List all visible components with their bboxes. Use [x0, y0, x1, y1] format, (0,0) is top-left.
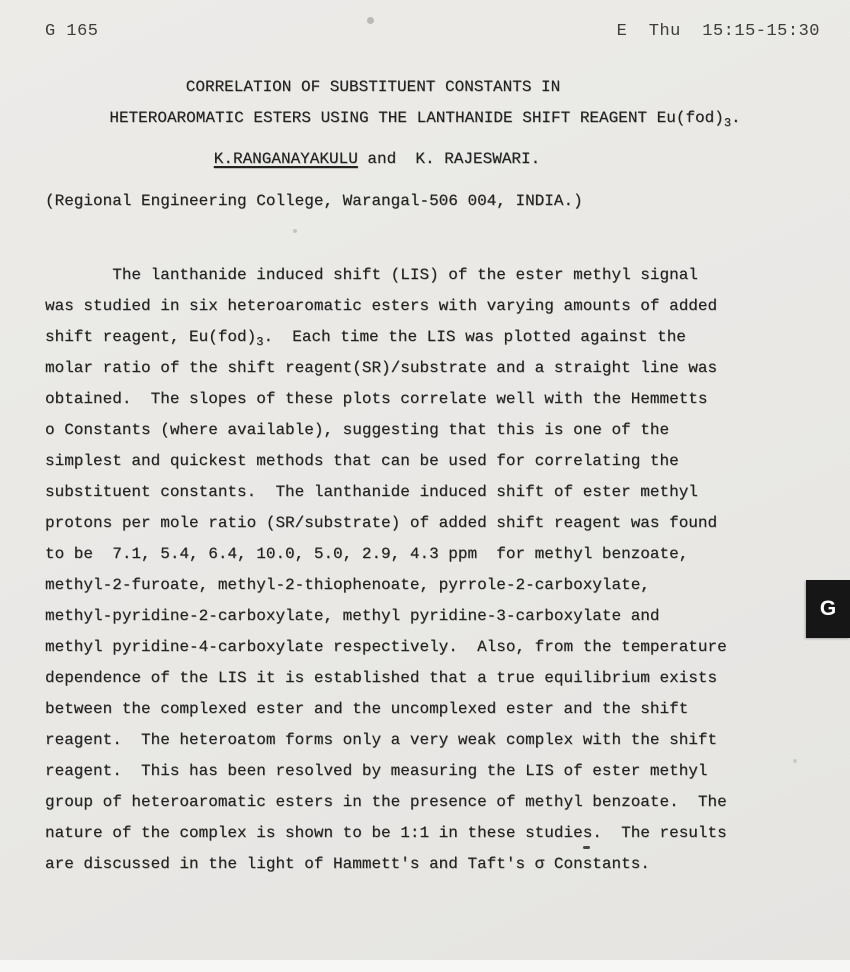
- text-segment: K.RANGANAYAKULU: [214, 150, 358, 168]
- text-segment: substituent constants. The lanthanide in…: [45, 483, 698, 501]
- text-segment: methyl pyridine-4-carboxylate respective…: [45, 638, 727, 656]
- text-segment: are discussed in the light of Hammett's …: [45, 855, 650, 873]
- abstract-line: reagent. This has been resolved by measu…: [45, 756, 822, 787]
- text-segment: simplest and quickest methods that can b…: [45, 452, 679, 470]
- text-segment: protons per mole ratio (SR/substrate) of…: [45, 514, 717, 532]
- abstract-line: obtained. The slopes of these plots corr…: [45, 384, 822, 415]
- scan-artifact: [293, 229, 297, 233]
- abstract-body: The lanthanide induced shift (LIS) of th…: [45, 260, 822, 880]
- abstract-line: protons per mole ratio (SR/substrate) of…: [45, 508, 822, 539]
- text-segment: dependence of the LIS it is established …: [45, 669, 717, 687]
- abstract-line: simplest and quickest methods that can b…: [45, 446, 822, 477]
- paper-title-line1: CORRELATION OF SUBSTITUENT CONSTANTS IN: [0, 72, 798, 103]
- text-segment: was studied in six heteroaromatic esters…: [45, 297, 717, 315]
- text-segment: obtained. The slopes of these plots corr…: [45, 390, 708, 408]
- text-segment: between the complexed ester and the unco…: [45, 700, 688, 718]
- scan-edge: [0, 960, 850, 972]
- abstract-line: dependence of the LIS it is established …: [45, 663, 822, 694]
- scan-artifact: [583, 846, 590, 849]
- abstract-line: to be 7.1, 5.4, 6.4, 10.0, 5.0, 2.9, 4.3…: [45, 539, 822, 570]
- text-segment: and: [358, 150, 416, 168]
- paper-title-line2: HETEROAROMATIC ESTERS USING THE LANTHANI…: [0, 103, 850, 139]
- abstract-line: substituent constants. The lanthanide in…: [45, 477, 822, 508]
- text-segment: The lanthanide induced shift (LIS) of th…: [45, 266, 698, 284]
- text-segment: .: [731, 109, 741, 127]
- abstract-line: The lanthanide induced shift (LIS) of th…: [45, 260, 822, 291]
- text-segment: shift reagent, Eu(fod): [45, 328, 256, 346]
- affiliation: (Regional Engineering College, Warangal-…: [45, 186, 583, 217]
- section-index-letter: G: [820, 597, 836, 621]
- scan-artifact: [367, 17, 374, 24]
- text-segment: group of heteroaromatic esters in the pr…: [45, 793, 727, 811]
- abstract-line: o Constants (where available), suggestin…: [45, 415, 822, 446]
- authors-line: K.RANGANAYAKULU and K. RAJESWARI.: [0, 144, 802, 175]
- text-segment: 3: [724, 116, 731, 130]
- abstract-line: methyl-2-furoate, methyl-2-thiophenoate,…: [45, 570, 822, 601]
- section-index-tab: G: [806, 580, 850, 638]
- abstract-line: methyl-pyridine-2-carboxylate, methyl py…: [45, 601, 822, 632]
- text-segment: o Constants (where available), suggestin…: [45, 421, 669, 439]
- abstract-line: reagent. The heteroatom forms only a ver…: [45, 725, 822, 756]
- text-segment: nature of the complex is shown to be 1:1…: [45, 824, 727, 842]
- session-schedule: E Thu 15:15-15:30: [617, 22, 820, 42]
- text-segment: to be 7.1, 5.4, 6.4, 10.0, 5.0, 2.9, 4.3…: [45, 545, 688, 563]
- text-segment: molar ratio of the shift reagent(SR)/sub…: [45, 359, 717, 377]
- text-segment: reagent. The heteroatom forms only a ver…: [45, 731, 717, 749]
- text-segment: reagent. This has been resolved by measu…: [45, 762, 708, 780]
- text-segment: methyl-pyridine-2-carboxylate, methyl py…: [45, 607, 660, 625]
- abstract-line: methyl pyridine-4-carboxylate respective…: [45, 632, 822, 663]
- abstract-line: molar ratio of the shift reagent(SR)/sub…: [45, 353, 822, 384]
- scan-artifact: [793, 759, 797, 763]
- scanned-abstract-page: G 165 E Thu 15:15-15:30 CORRELATION OF S…: [0, 0, 850, 972]
- text-segment: methyl-2-furoate, methyl-2-thiophenoate,…: [45, 576, 650, 594]
- abstract-line: between the complexed ester and the unco…: [45, 694, 822, 725]
- text-segment: HETEROAROMATIC ESTERS USING THE LANTHANI…: [109, 109, 724, 127]
- text-segment: . Each time the LIS was plotted against …: [263, 328, 685, 346]
- session-code: G 165: [45, 22, 99, 42]
- abstract-line: nature of the complex is shown to be 1:1…: [45, 818, 822, 849]
- abstract-line: shift reagent, Eu(fod)3. Each time the L…: [45, 322, 822, 353]
- text-segment: K. RAJESWARI.: [415, 150, 540, 168]
- abstract-line: are discussed in the light of Hammett's …: [45, 849, 822, 880]
- abstract-line: was studied in six heteroaromatic esters…: [45, 291, 822, 322]
- abstract-line: group of heteroaromatic esters in the pr…: [45, 787, 822, 818]
